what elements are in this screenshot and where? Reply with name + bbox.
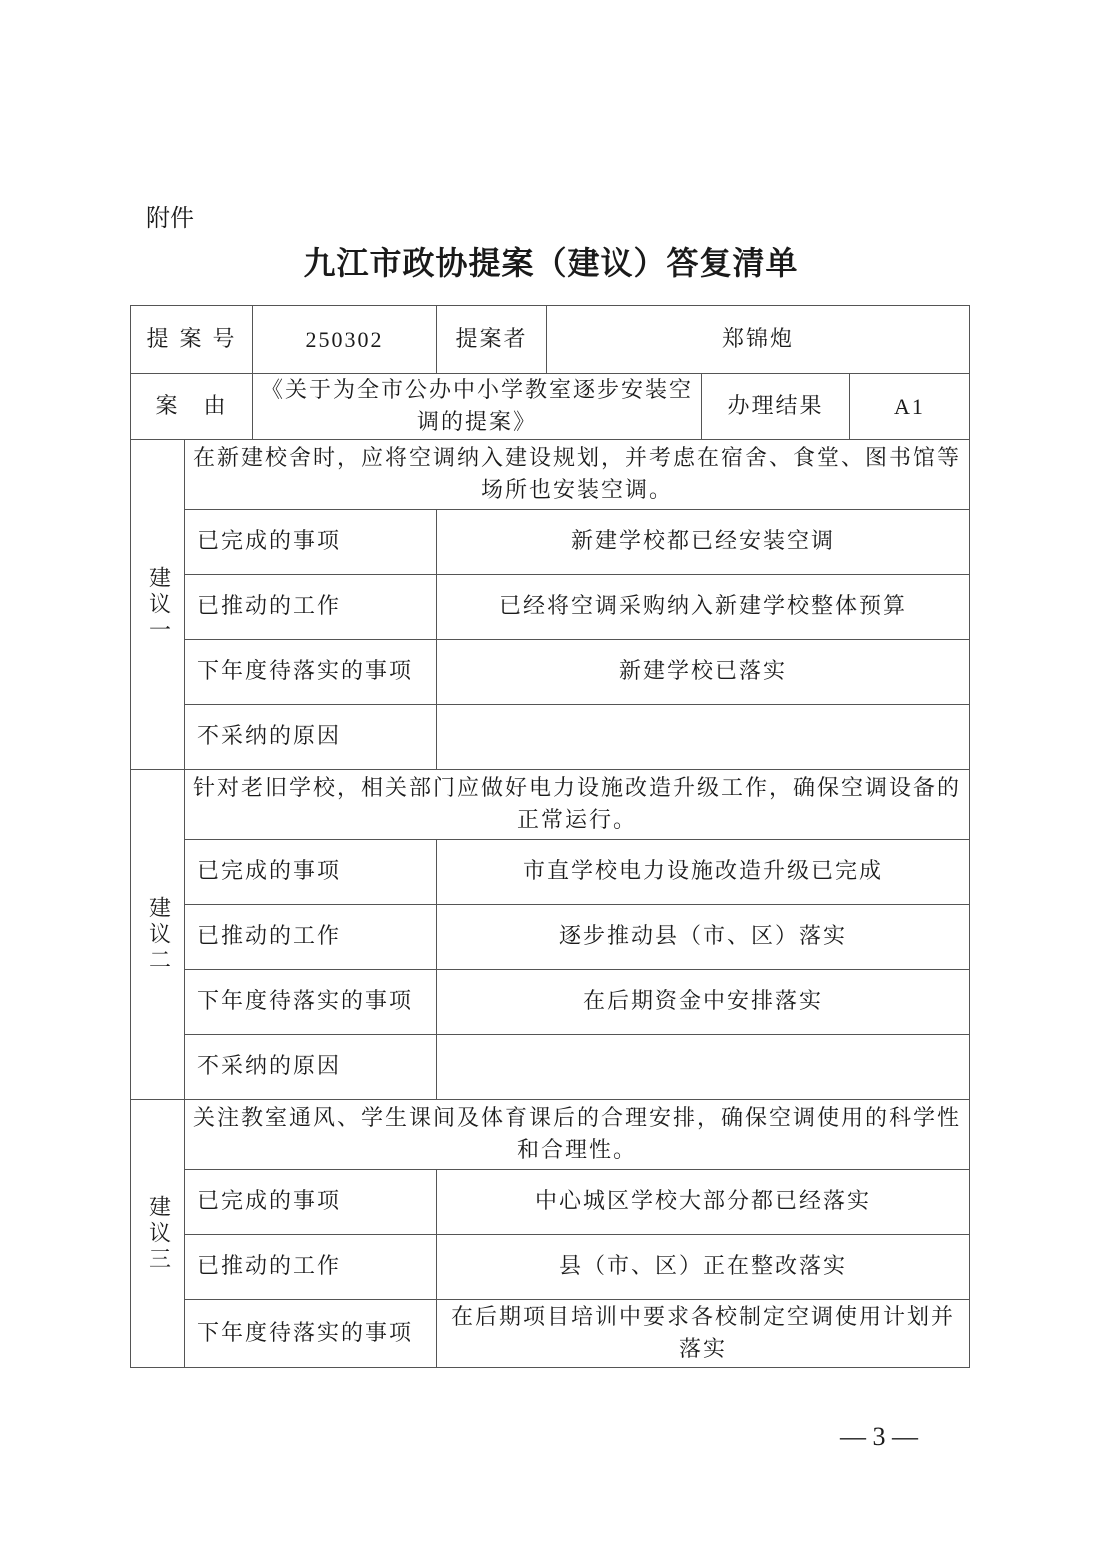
- attachment-label: 附件: [146, 198, 194, 233]
- suggestion-2-label: 建议二: [131, 770, 185, 1100]
- row-value: [437, 705, 970, 770]
- page-title: 九江市政协提案（建议）答复清单: [0, 238, 1102, 284]
- row-label: 已推动的工作: [185, 905, 437, 970]
- row-value: 在后期资金中安排落实: [437, 970, 970, 1035]
- row-label: 已完成的事项: [185, 510, 437, 575]
- row-label: 不采纳的原因: [185, 705, 437, 770]
- row-value: 市直学校电力设施改造升级已完成: [437, 840, 970, 905]
- row-label: 下年度待落实的事项: [185, 1300, 437, 1368]
- row-value: 在后期项目培训中要求各校制定空调使用计划并落实: [437, 1300, 970, 1368]
- row-label: 已完成的事项: [185, 1170, 437, 1235]
- suggestion-1-label: 建议一: [131, 440, 185, 770]
- page-number: — 3 —: [840, 1422, 918, 1452]
- suggestion-1-text: 在新建校舍时，应将空调纳入建设规划，并考虑在宿舍、食堂、图书馆等场所也安装空调。: [185, 440, 970, 510]
- suggestion-3-text: 关注教室通风、学生课间及体育课后的合理安排，确保空调使用的科学性和合理性。: [185, 1100, 970, 1170]
- proposer-label: 提案者: [437, 306, 547, 374]
- subject-label: 案 由: [131, 374, 253, 440]
- row-label: 已推动的工作: [185, 1235, 437, 1300]
- suggestion-2-text: 针对老旧学校，相关部门应做好电力设施改造升级工作，确保空调设备的正常运行。: [185, 770, 970, 840]
- row-value: 县（市、区）正在整改落实: [437, 1235, 970, 1300]
- row-value: 逐步推动县（市、区）落实: [437, 905, 970, 970]
- row-value: 新建学校都已经安装空调: [437, 510, 970, 575]
- row-value: 新建学校已落实: [437, 640, 970, 705]
- reply-table: 提 案 号 250302 提案者 郑锦炮 案 由 《关于为全市公办中小学教室逐步…: [130, 305, 970, 1368]
- row-label: 下年度待落实的事项: [185, 640, 437, 705]
- proposal-no-label: 提 案 号: [131, 306, 253, 374]
- proposer: 郑锦炮: [547, 306, 970, 374]
- suggestion-3-label: 建议三: [131, 1100, 185, 1368]
- result-label: 办理结果: [702, 374, 850, 440]
- row-label: 已完成的事项: [185, 840, 437, 905]
- row-value: 中心城区学校大部分都已经落实: [437, 1170, 970, 1235]
- result: A1: [850, 374, 970, 440]
- row-label: 下年度待落实的事项: [185, 970, 437, 1035]
- row-label: 已推动的工作: [185, 575, 437, 640]
- row-value: [437, 1035, 970, 1100]
- row-value: 已经将空调采购纳入新建学校整体预算: [437, 575, 970, 640]
- subject: 《关于为全市公办中小学教室逐步安装空调的提案》: [253, 374, 702, 440]
- proposal-no: 250302: [253, 306, 437, 374]
- row-label: 不采纳的原因: [185, 1035, 437, 1100]
